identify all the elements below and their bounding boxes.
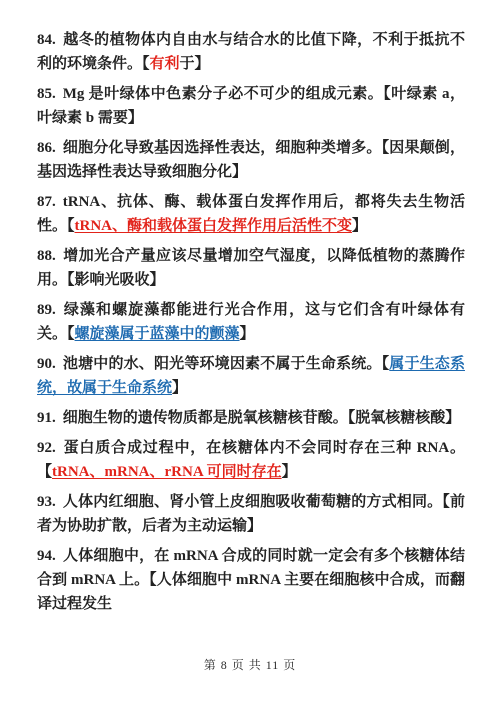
document-page: 84.越冬的植物体内自由水与结合水的比值下降，不利于抵抗不利的环境条件。【有利于… (0, 0, 500, 707)
item-number: 94. (37, 548, 56, 564)
statement-item-93: 93.人体内红细胞、肾小管上皮细胞吸收葡萄糖的方式相同。【前者为协助扩散，后者为… (37, 490, 465, 538)
item-number: 84. (37, 32, 56, 48)
statement-item-88: 88.增加光合产量应该尽量增加空气湿度，以降低植物的蒸腾作用。【影响光吸收】 (37, 244, 465, 292)
statement-text: 细胞分化导致基因选择性表达，细胞种类增多。【因果颠倒，基因选择性表达导致细胞分化… (37, 140, 465, 180)
item-number: 85. (37, 86, 56, 102)
statement-text: 人体细胞中，在 mRNA 合成的同时就一定会有多个核糖体结合到 mRNA 上。【… (37, 548, 465, 612)
statement-item-89: 89.绿藻和螺旋藻都能进行光合作用，这与它们含有叶绿体有关。【螺旋藻属于蓝藻中的… (37, 298, 465, 346)
correction-text: 螺旋藻属于蓝藻中的颤藻 (75, 326, 240, 342)
statement-text: 】 (282, 464, 297, 480)
statement-item-91: 91.细胞生物的遗传物质都是脱氧核糖核苷酸。【脱氧核糖核酸】 (37, 406, 465, 430)
statement-item-85: 85.Mg 是叶绿体中色素分子必不可少的组成元素。【叶绿素 a，叶绿素 b 需要… (37, 82, 465, 130)
item-number: 88. (37, 248, 56, 264)
item-number: 93. (37, 494, 56, 510)
statement-item-94: 94.人体细胞中，在 mRNA 合成的同时就一定会有多个核糖体结合到 mRNA … (37, 544, 465, 616)
statement-text: 】 (172, 380, 187, 396)
statement-text: 于】 (180, 56, 210, 72)
item-number: 91. (37, 410, 56, 426)
item-number: 87. (37, 194, 56, 210)
statement-text: 细胞生物的遗传物质都是脱氧核糖核苷酸。【脱氧核糖核酸】 (63, 410, 461, 426)
statement-text: 增加光合产量应该尽量增加空气湿度，以降低植物的蒸腾作用。【影响光吸收】 (37, 248, 465, 288)
item-number: 86. (37, 140, 56, 156)
item-number: 92. (37, 440, 56, 456)
statement-item-86: 86.细胞分化导致基因选择性表达，细胞种类增多。【因果颠倒，基因选择性表达导致细… (37, 136, 465, 184)
statement-text: 越冬的植物体内自由水与结合水的比值下降，不利于抵抗不利的环境条件。【 (37, 32, 465, 72)
statement-text: 】 (352, 218, 367, 234)
statement-text: 池塘中的水、阳光等环境因素不属于生命系统。【 (63, 356, 390, 372)
statement-item-84: 84.越冬的植物体内自由水与结合水的比值下降，不利于抵抗不利的环境条件。【有利于… (37, 28, 465, 76)
item-number: 90. (37, 356, 56, 372)
page-footer: 第 8 页 共 11 页 (0, 656, 500, 673)
statement-text: Mg 是叶绿体中色素分子必不可少的组成元素。【叶绿素 a，叶绿素 b 需要】 (37, 86, 465, 126)
item-number: 89. (37, 302, 56, 318)
correction-text: tRNA、酶和载体蛋白发挥作用后活性不变 (75, 218, 353, 234)
statement-item-87: 87.tRNA、抗体、酶、载体蛋白发挥作用后，都将失去生物活性。【tRNA、酶和… (37, 190, 465, 238)
correction-text: tRNA、mRNA、rRNA 可同时存在 (52, 464, 282, 480)
statement-text: 】 (240, 326, 255, 342)
statement-item-90: 90.池塘中的水、阳光等环境因素不属于生命系统。【属于生态系统，故属于生命系统】 (37, 352, 465, 400)
statement-item-92: 92.蛋白质合成过程中，在核糖体内不会同时存在三种 RNA。【tRNA、mRNA… (37, 436, 465, 484)
correction-text: 有利 (150, 56, 180, 72)
statements-list: 84.越冬的植物体内自由水与结合水的比值下降，不利于抵抗不利的环境条件。【有利于… (0, 0, 500, 616)
statement-text: 人体内红细胞、肾小管上皮细胞吸收葡萄糖的方式相同。【前者为协助扩散，后者为主动运… (37, 494, 465, 534)
